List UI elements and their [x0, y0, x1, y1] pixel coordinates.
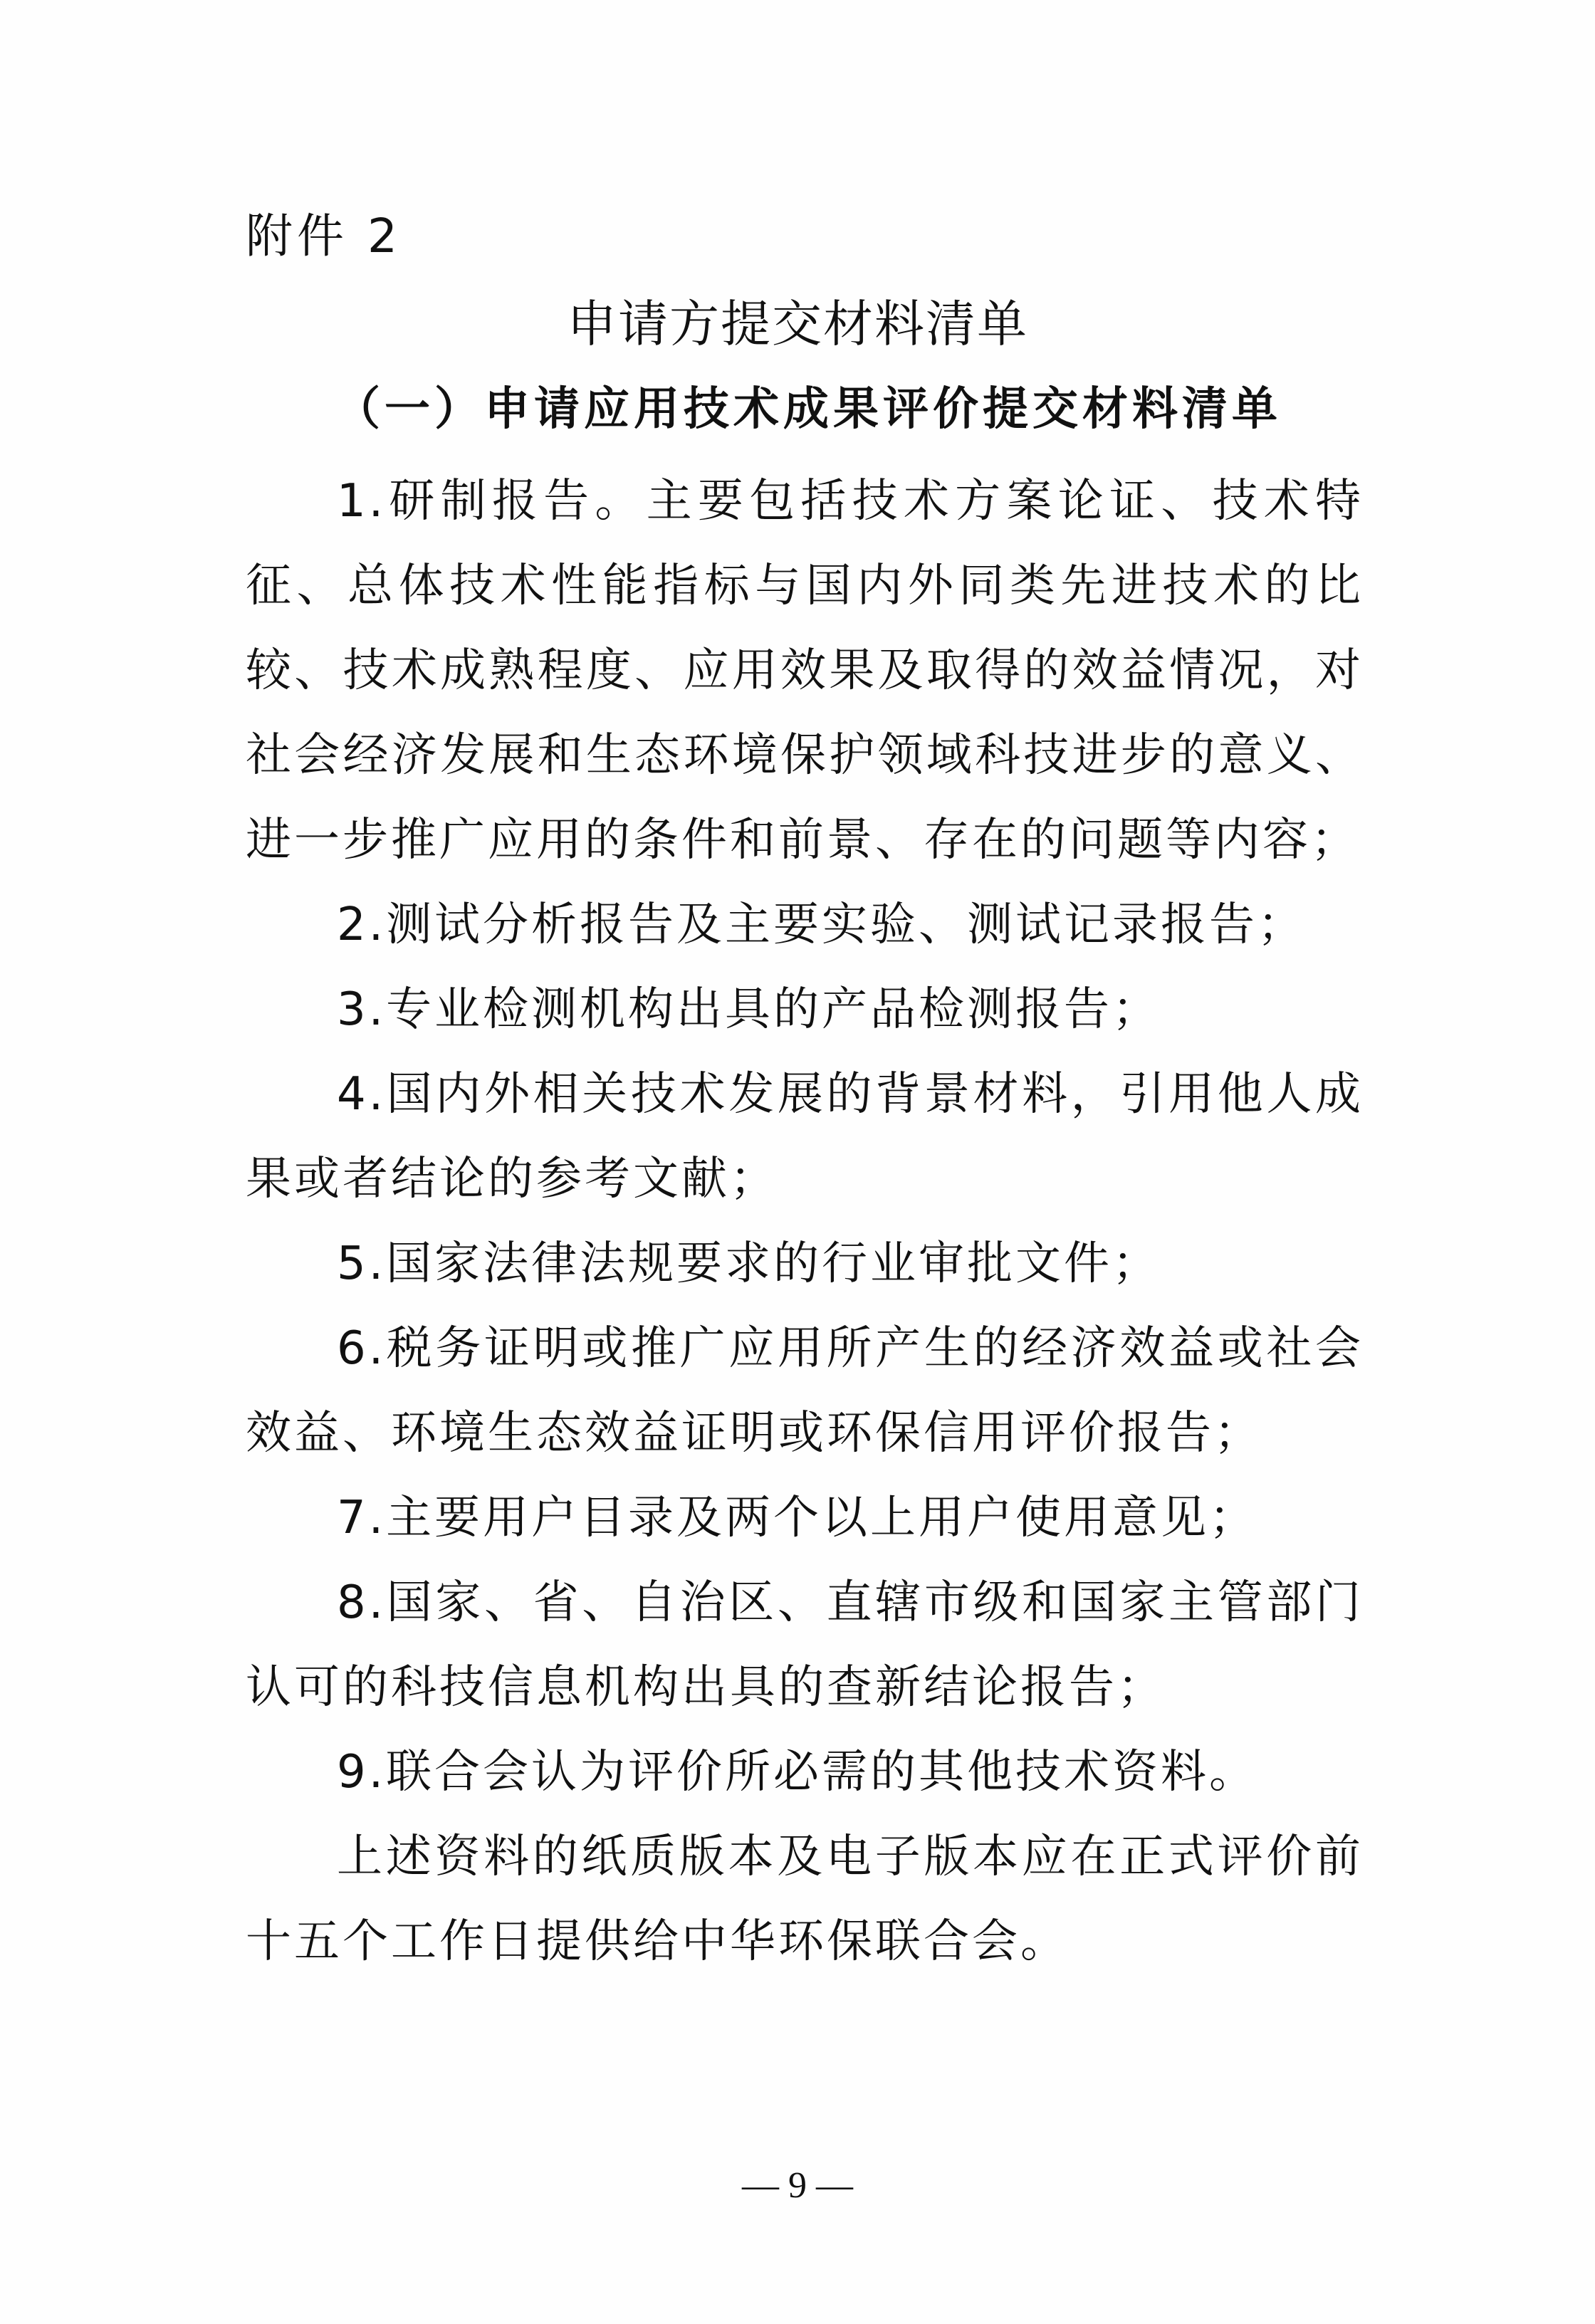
list-item: 6.税务证明或推广应用所产生的经济效益或社会效益、环境生态效益证明或环保信用评价…: [246, 1307, 1364, 1476]
list-item: 9.联合会认为评价所必需的其他技术资料。: [246, 1730, 1364, 1815]
list-item: 5.国家法律法规要求的行业审批文件；: [246, 1222, 1364, 1307]
document-title: 申请方提交材料清单: [0, 292, 1595, 356]
closing-paragraph: 上述资料的纸质版本及电子版本应在正式评价前十五个工作日提供给中华环保联合会。: [246, 1815, 1364, 1984]
list-item: 3.专业检测机构出具的产品检测报告；: [246, 968, 1364, 1052]
list-item: 8.国家、省、自治区、直辖市级和国家主管部门认可的科技信息机构出具的查新结论报告…: [246, 1561, 1364, 1730]
document-page: 附件 2 申请方提交材料清单 （一）申请应用技术成果评价提交材料清单 1.研制报…: [0, 0, 1595, 2324]
section-heading: （一）申请应用技术成果评价提交材料清单: [335, 377, 1282, 441]
list-item: 2.测试分析报告及主要实验、测试记录报告；: [246, 883, 1364, 968]
page-number: — 9 —: [0, 2161, 1595, 2211]
list-item: 1.研制报告。主要包括技术方案论证、技术特征、总体技术性能指标与国内外同类先进技…: [246, 459, 1364, 883]
list-item: 4.国内外相关技术发展的背景材料，引用他人成果或者结论的参考文献；: [246, 1052, 1364, 1222]
attachment-label: 附件 2: [246, 208, 402, 265]
list-item: 7.主要用户目录及两个以上用户使用意见；: [246, 1476, 1364, 1561]
document-body: 1.研制报告。主要包括技术方案论证、技术特征、总体技术性能指标与国内外同类先进技…: [246, 459, 1364, 1984]
